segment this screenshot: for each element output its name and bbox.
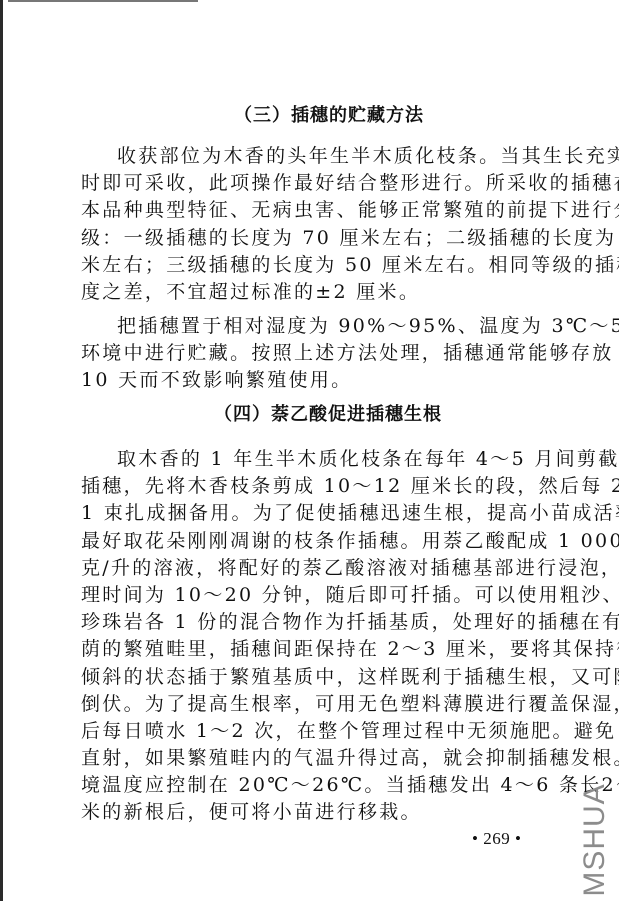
text-line: 境温度应控制在 20℃～26℃。当插穗发出 4～6 条长2～3 厘 [81,772,557,799]
text-line: 级：一级插穗的长度为 70 厘米左右；二级插穗的长度为 60 厘 [81,225,557,252]
text-line: 米的新根后，便可将小苗进行移栽。 [81,799,557,826]
watermark: MSHUA [580,783,610,896]
text-line: 最好取花朵刚刚凋谢的枝条作插穗。用萘乙酸配成 1 000 毫 [81,528,557,555]
text-line: 荫的繁殖畦里，插穗间距保持在 2～3 厘米，要将其保持微微 [81,636,557,663]
text-line: 10 天而不致影响繁殖使用。 [81,367,557,394]
text-line: 把插穗置于相对湿度为 90%～95%、温度为 3℃～5℃的 [81,313,557,340]
page-left-border [0,0,3,901]
paragraph-storage-conditions: 把插穗置于相对湿度为 90%～95%、温度为 3℃～5℃的 环境中进行贮藏。按照… [81,313,557,395]
page-number: • 269 • [472,829,521,849]
text-line: 直射，如果繁殖畦内的气温升得过高，就会抑制插穗发根。环 [81,745,557,772]
text-line: 珍珠岩各 1 份的混合物作为扦插基质，处理好的插穗在有遮 [81,609,557,636]
text-line: 理时间为 10～20 分钟，随后即可扦插。可以使用粗沙、泥炭、 [81,582,557,609]
page-top-border [8,0,198,2]
text-line: 取木香的 1 年生半木质化枝条在每年 4～5 月间剪截作 [81,446,557,473]
paragraph-naa-procedure: 取木香的 1 年生半木质化枝条在每年 4～5 月间剪截作 插穗，先将木香枝条剪成… [81,446,557,827]
text-line: 1 束扎成捆备用。为了促使插穗迅速生根，提高小苗成活率， [81,500,557,527]
text-line: 环境中进行贮藏。按照上述方法处理，插穗通常能够存放 7～ [81,340,557,367]
text-line: 倒伏。为了提高生根率，可用无色塑料薄膜进行覆盖保湿，以 [81,691,557,718]
text-line: 收获部位为木香的头年生半木质化枝条。当其生长充实 [81,143,557,170]
section-heading-naa-rooting: （四）萘乙酸促进插穗生根 [214,404,442,426]
text-line: 米左右；三级插穗的长度为 50 厘米左右。相同等级的插穗长 [81,252,557,279]
text-line: 本品种典型特征、无病虫害、能够正常繁殖的前提下进行分 [81,197,557,224]
text-line: 克/升的溶液，将配好的萘乙酸溶液对插穗基部进行浸泡，处 [81,555,557,582]
paragraph-harvest-grading: 收获部位为木香的头年生半木质化枝条。当其生长充实 时即可采收，此项操作最好结合整… [81,143,557,306]
text-line: 度之差，不宜超过标准的±2 厘米。 [81,279,557,306]
text-line: 后每日喷水 1～2 次，在整个管理过程中无须施肥。避免日光 [81,718,557,745]
text-line: 倾斜的状态插于繁殖基质中，这样既利于插穗生根，又可防止 [81,664,557,691]
text-line: 插穗，先将木香枝条剪成 10～12 厘米长的段，然后每 20 枝为 [81,473,557,500]
section-heading-storage-method: （三）插穗的贮藏方法 [234,105,424,127]
text-line: 时即可采收，此项操作最好结合整形进行。所采收的插穗在具 [81,170,557,197]
